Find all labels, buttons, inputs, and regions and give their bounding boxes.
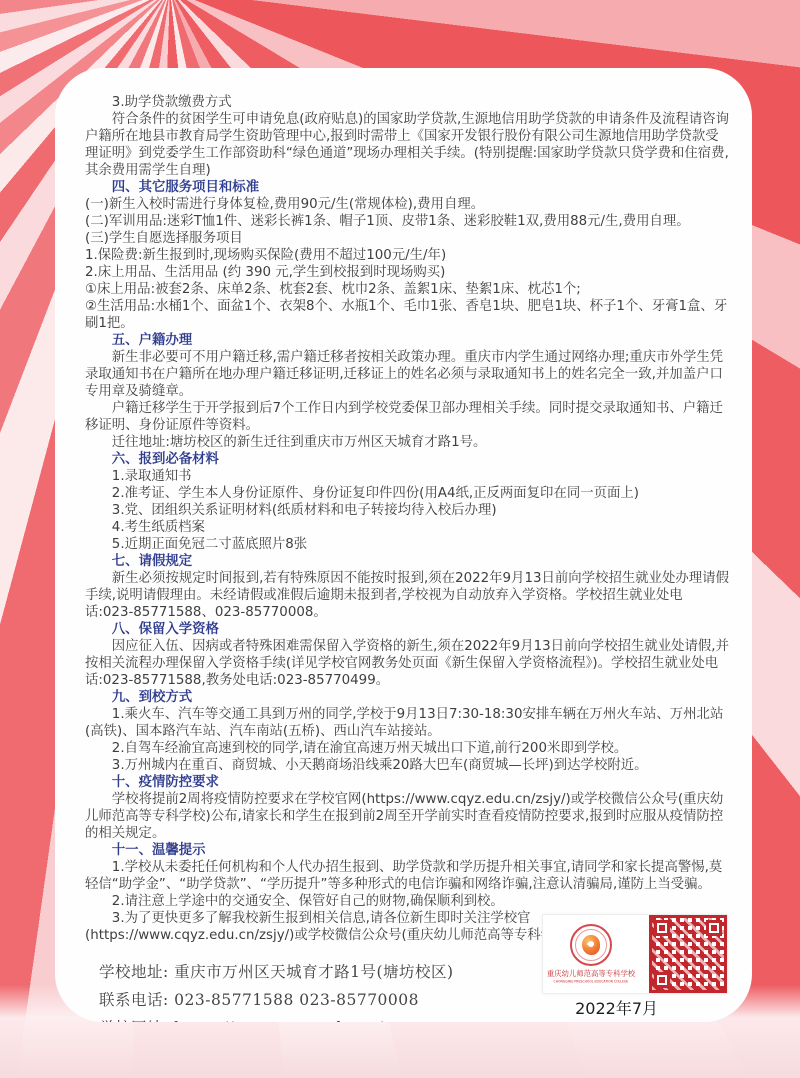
section-10-heading: 十、疫情防控要求 — [85, 774, 730, 791]
paragraph: 1.学校从未委托任何机构和个人代办招生报到、助学贷款和学历提升相关事宜,请同学和… — [85, 859, 730, 893]
paragraph: ②生活用品:水桶1个、面盆1个、衣架8个、水瓶1个、毛巾1张、香皂1块、肥皂1块… — [85, 298, 730, 332]
paragraph: 学校将提前2周将疫情防控要求在学校官网(https://www.cqyz.edu… — [85, 791, 730, 842]
notice-card: 3.助学贷款缴费方式 符合条件的贫困学生可申请免息(政府贴息)的国家助学贷款,生… — [55, 68, 752, 1022]
emblem-flame-icon — [582, 935, 600, 955]
intro-paragraph: 符合条件的贫困学生可申请免息(政府贴息)的国家助学贷款,生源地信用助学贷款的申请… — [85, 111, 730, 179]
intro-line: 3.助学贷款缴费方式 — [85, 94, 730, 111]
section-4-heading: 四、其它服务项目和标准 — [85, 179, 730, 196]
paragraph: 3.党、团组织关系证明材料(纸质材料和电子转接均待入校后办理) — [85, 502, 730, 519]
seal-en-text: CHONGQING PRESCHOOL EDUCATION COLLEGE — [554, 980, 629, 983]
qr-finder-icon — [654, 920, 670, 936]
paragraph: (二)军训用品:迷彩T恤1件、迷彩长裤1条、帽子1顶、皮带1条、迷彩胶鞋1双,费… — [85, 213, 730, 230]
qr-finder-icon — [706, 920, 722, 936]
seal-cn-text: 重庆幼儿师范高等专科学校 — [547, 969, 635, 978]
paragraph: 2.床上用品、生活用品 (约 390 元,学生到校报到时现场购买) — [85, 264, 730, 281]
section-8-heading: 八、保留入学资格 — [85, 621, 730, 638]
issue-date: 2022年7月 — [575, 1000, 658, 1017]
paragraph: 4.考生纸质档案 — [85, 519, 730, 536]
qr-finder-icon — [654, 972, 670, 988]
paragraph: ①床上用品:被套2条、床单2条、枕套2套、枕巾2条、盖絮1床、垫絮1床、枕芯1个… — [85, 281, 730, 298]
school-seal-box: 重庆幼儿师范高等专科学校 CHONGQING PRESCHOOL EDUCATI… — [542, 914, 728, 994]
paragraph: 新生必须按规定时间报到,若有特殊原因不能按时报到,须在2022年9月13日前向学… — [85, 570, 730, 621]
paragraph: 1.乘火车、汽车等交通工具到万州的同学,学校于9月13日7:30-18:30安排… — [85, 706, 730, 740]
section-7-heading: 七、请假规定 — [85, 553, 730, 570]
paragraph: 5.近期正面免冠二寸蓝底照片8张 — [85, 536, 730, 553]
section-9-heading: 九、到校方式 — [85, 689, 730, 706]
school-logo: 重庆幼儿师范高等专科学校 CHONGQING PRESCHOOL EDUCATI… — [543, 915, 639, 993]
paragraph: 1.录取通知书 — [85, 468, 730, 485]
paragraph: 迁往地址:塘坊校区的新生迁往到重庆市万州区天城育才路1号。 — [85, 434, 730, 451]
page-background: 3.助学贷款缴费方式 符合条件的贫困学生可申请免息(政府贴息)的国家助学贷款,生… — [0, 0, 800, 1078]
paragraph: 2.请注意上学途中的交通安全、保管好自己的财物,确保顺利到校。 — [85, 893, 730, 910]
paragraph: 2.自驾车经渝宜高速到校的同学,请在渝宜高速万州天城出口下道,前行200米即到学… — [85, 740, 730, 757]
paragraph: 1.保险费:新生报到时,现场购买保险(费用不超过100元/生/年) — [85, 247, 730, 264]
school-emblem-icon — [570, 924, 612, 966]
section-5-heading: 五、户籍办理 — [85, 332, 730, 349]
paragraph: 户籍迁移学生于开学报到后7个工作日内到学校党委保卫部办理相关手续。同时提交录取通… — [85, 400, 730, 434]
qr-code — [649, 915, 727, 993]
paragraph: 3.万州城内在重百、商贸城、小天鹅商场沿线乘20路大巴车(商贸城—长坪)到达学校… — [85, 757, 730, 774]
paragraph: 因应征入伍、因病或者特殊困难需保留入学资格的新生,须在2022年9月13日前向学… — [85, 638, 730, 689]
section-6-heading: 六、报到必备材料 — [85, 451, 730, 468]
paragraph: (一)新生入校时需进行身体复检,费用90元/生(常规体检),费用自理。 — [85, 196, 730, 213]
paragraph: (三)学生自愿选择服务项目 — [85, 230, 730, 247]
section-11-heading: 十一、温馨提示 — [85, 842, 730, 859]
paragraph: 新生非必要可不用户籍迁移,需户籍迁移者按相关政策办理。重庆市内学生通过网络办理;… — [85, 349, 730, 400]
paragraph: 2.准考证、学生本人身份证原件、身份证复印件四份(用A4纸,正反两面复印在同一页… — [85, 485, 730, 502]
